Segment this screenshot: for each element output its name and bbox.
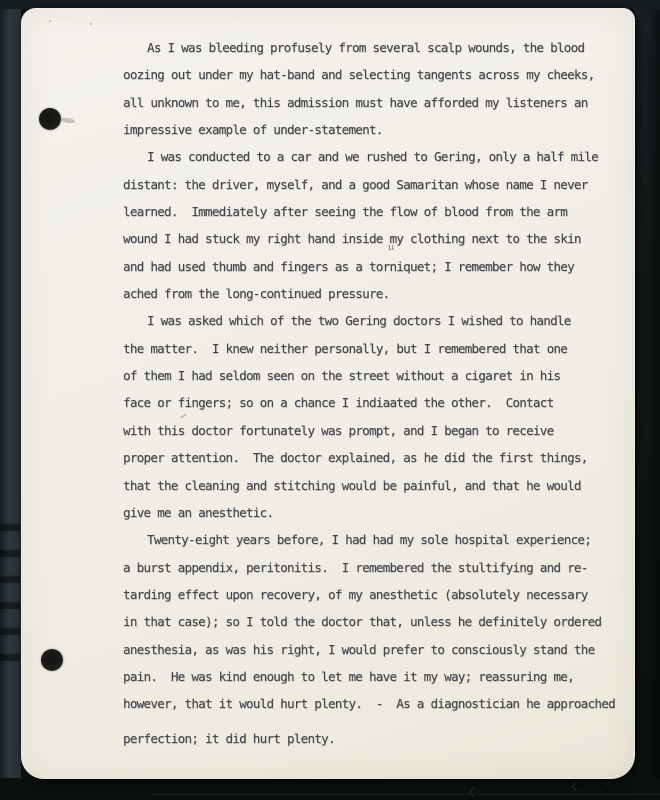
paragraph: I was conducted to a car and we rushed t…	[123, 143, 635, 307]
text-line: perfection; it did hurt plenty.	[123, 725, 635, 752]
text-line: all unknown to me, this admission must h…	[123, 89, 635, 116]
text-line: distant: the driver, myself, and a good …	[123, 171, 635, 198]
text-line: oozing out under my hat-band and selecti…	[123, 61, 635, 88]
typewritten-text: As I was bleeding profusely from several…	[123, 34, 635, 752]
text-line: ached from the long-continued pressure.	[123, 280, 635, 307]
text-line: give me an anesthetic.	[123, 499, 635, 526]
background-left-band	[0, 0, 21, 800]
paper-page: u As I was bleeding profusely from sever…	[21, 8, 635, 779]
text-line: I was asked which of the two Gering doct…	[123, 307, 635, 334]
text-line: of them I had seldom seen on the street …	[123, 362, 635, 389]
text-line: I was conducted to a car and we rushed t…	[123, 143, 635, 170]
text-line: impressive example of under-statement.	[123, 116, 635, 143]
paragraph: I was asked which of the two Gering doct…	[123, 307, 635, 526]
text-line: tarding effect upon recovery, of my anes…	[123, 581, 635, 608]
background-left-streaks	[0, 505, 20, 675]
paper-speck	[90, 23, 92, 25]
paragraph: As I was bleeding profusely from several…	[123, 34, 635, 143]
text-line: in that case); so I told the doctor that…	[123, 608, 635, 635]
text-line: the matter. I knew neither personally, b…	[123, 335, 635, 362]
background-scan-line	[150, 794, 660, 795]
text-line: proper attention. The doctor explained, …	[123, 444, 635, 471]
text-line: As I was bleeding profusely from several…	[123, 34, 635, 61]
text-line: anesthesia, as was his right, I would pr…	[123, 636, 635, 663]
punch-hole-tear-mark	[61, 117, 76, 124]
paragraph: Twenty-eight years before, I had had my …	[123, 526, 635, 752]
text-line: a burst appendix, peritonitis. I remembe…	[123, 554, 635, 581]
text-line: Twenty-eight years before, I had had my …	[123, 526, 635, 553]
text-line: learned. Immediately after seeing the fl…	[123, 198, 635, 225]
text-line: that the cleaning and stitching would be…	[123, 472, 635, 499]
punch-hole-bottom	[41, 649, 63, 671]
text-line: wound I had stuck my right hand inside m…	[123, 225, 635, 252]
text-line: face or fingers; so on a chance I indiaa…	[123, 389, 635, 416]
background-bottom-band	[0, 778, 660, 800]
text-line: with this doctor fortunately was prompt,…	[123, 417, 635, 444]
punch-hole-top	[39, 108, 61, 130]
background-right-band	[634, 0, 660, 800]
scanned-page-screenshot: { "page": { "background_color": "#0d1312…	[0, 0, 660, 800]
paper-speck	[49, 20, 51, 22]
text-line: however, that it would hurt plenty. - As…	[123, 690, 635, 717]
text-line: pain. He was kind enough to let me have …	[123, 663, 635, 690]
text-line: and had used thumb and fingers as a torn…	[123, 253, 635, 280]
